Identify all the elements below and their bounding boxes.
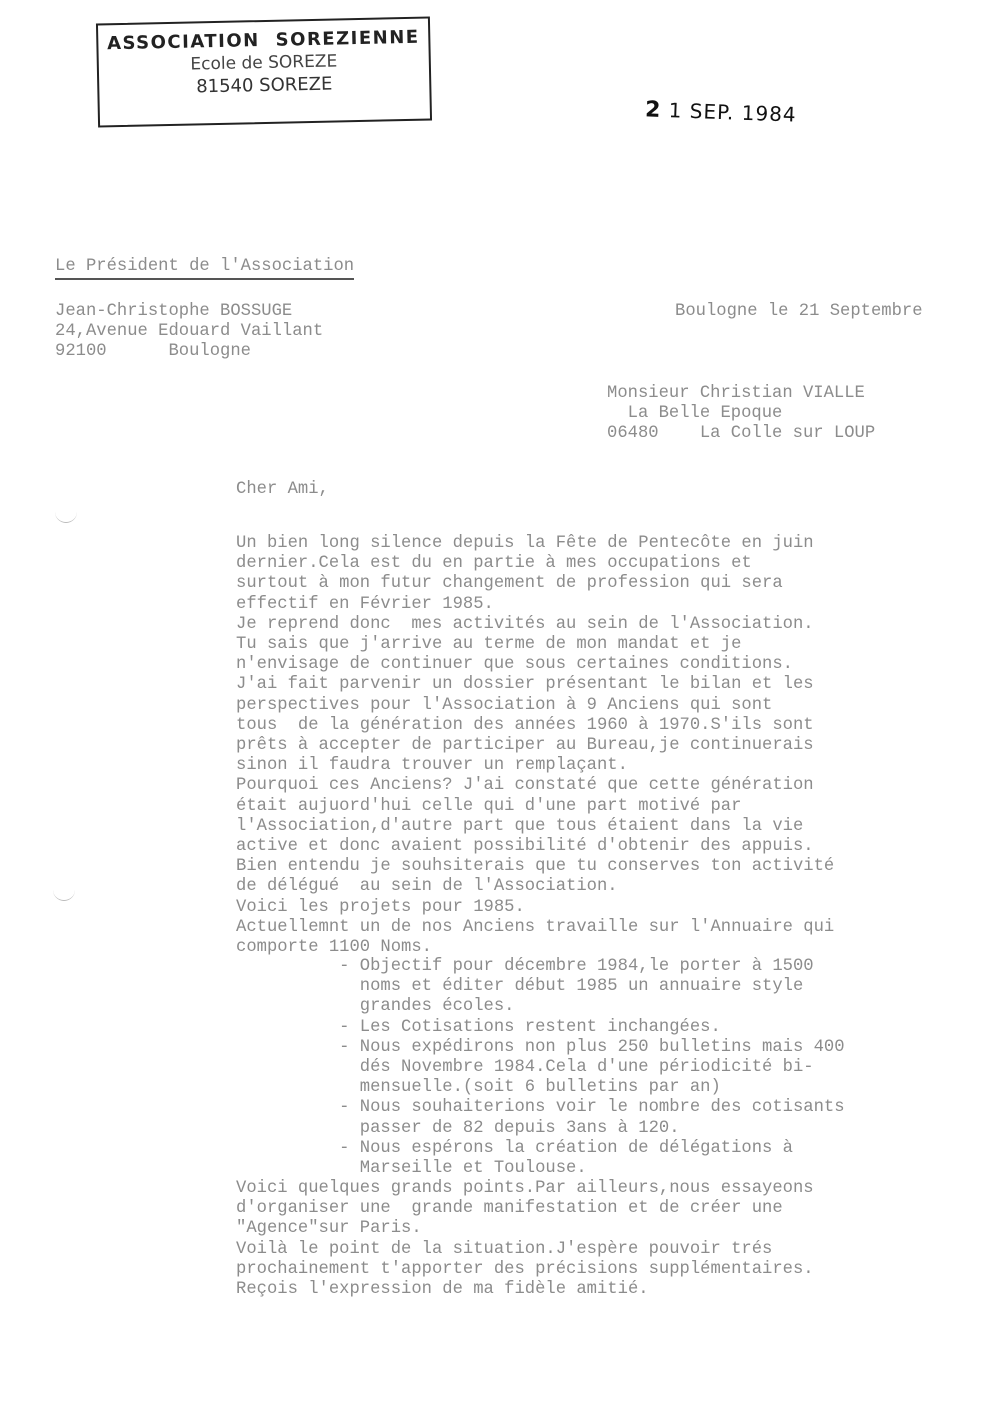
letter-closing: Voici quelques grands points.Par ailleur…	[236, 1179, 814, 1300]
stamp-association: ASSOCIATION	[107, 30, 260, 54]
recipient-address: Monsieur Christian VIALLE La Belle Epoqu…	[607, 384, 875, 445]
received-date-rest: 1 SEP. 1984	[668, 98, 797, 126]
sender-line: 92100 Boulogne	[55, 342, 323, 362]
closing-line: Voilà le point de la situation.J'espère …	[236, 1240, 814, 1260]
body-line: de délégué au sein de l'Association.	[236, 877, 834, 897]
body-line: active et donc avaient possibilité d'obt…	[236, 837, 834, 857]
project-list-line: - Nous espérons la création de délégatio…	[236, 1139, 845, 1159]
body-line: effectif en Février 1985.	[236, 595, 834, 615]
letterhead-title: Le Président de l'Association	[55, 257, 354, 280]
closing-line: Voici quelques grands points.Par ailleur…	[236, 1179, 814, 1199]
body-line: Voici les projets pour 1985.	[236, 898, 834, 918]
project-list-line: mensuelle.(soit 6 bulletins par an)	[236, 1078, 845, 1098]
body-line: perspectives pour l'Association à 9 Anci…	[236, 696, 834, 716]
punch-hole-mark	[53, 888, 75, 901]
letter-body: Un bien long silence depuis la Fête de P…	[236, 534, 834, 958]
project-list: - Objectif pour décembre 1984,le porter …	[236, 957, 845, 1179]
recipient-line: Monsieur Christian VIALLE	[607, 384, 875, 404]
body-line: comporte 1100 Noms.	[236, 938, 834, 958]
body-line: était aujuord'hui celle qui d'une part m…	[236, 797, 834, 817]
body-line: J'ai fait parvenir un dossier présentant…	[236, 675, 834, 695]
project-list-line: passer de 82 depuis 3ans à 120.	[236, 1119, 845, 1139]
association-stamp: ASSOCIATIONSOREZIENNE Ecole de SOREZE 81…	[96, 17, 432, 128]
body-line: l'Association,d'autre part que tous étai…	[236, 817, 834, 837]
place-date: Boulogne le 21 Septembre	[675, 302, 923, 322]
body-line: prêts à accepter de participer au Bureau…	[236, 736, 834, 756]
punch-hole-mark	[55, 510, 77, 523]
project-list-line: grandes écoles.	[236, 997, 845, 1017]
sender-line: Jean-Christophe BOSSUGE	[55, 302, 323, 322]
body-line: sinon il faudra trouver un remplaçant.	[236, 756, 834, 776]
closing-line: "Agence"sur Paris.	[236, 1219, 814, 1239]
greeting: Cher Ami,	[236, 480, 329, 500]
closing-line: Reçois l'expression de ma fidèle amitié.	[236, 1280, 814, 1300]
closing-line: d'organiser une grande manifestation et …	[236, 1199, 814, 1219]
body-line: Pourquoi ces Anciens? J'ai constaté que …	[236, 776, 834, 796]
project-list-line: noms et éditer début 1985 un annuaire st…	[236, 977, 845, 997]
project-list-line: dés Novembre 1984.Cela d'une périodicité…	[236, 1058, 845, 1078]
recipient-line: 06480 La Colle sur LOUP	[607, 424, 875, 444]
stamp-line-3: 81540 SOREZE	[99, 72, 429, 100]
body-line: Un bien long silence depuis la Fête de P…	[236, 534, 834, 554]
body-line: Je reprend donc mes activités au sein de…	[236, 615, 834, 635]
body-line: Tu sais que j'arrive au terme de mon man…	[236, 635, 834, 655]
sender-address: Jean-Christophe BOSSUGE24,Avenue Edouard…	[55, 302, 323, 363]
project-list-line: - Nous expédirons non plus 250 bulletins…	[236, 1038, 845, 1058]
received-date-stamp: 2 1 SEP. 1984	[645, 97, 797, 127]
project-list-line: - Nous souhaiterions voir le nombre des …	[236, 1098, 845, 1118]
project-list-line: - Les Cotisations restent inchangées.	[236, 1018, 845, 1038]
project-list-line: - Objectif pour décembre 1984,le porter …	[236, 957, 845, 977]
body-line: dernier.Cela est du en partie à mes occu…	[236, 554, 834, 574]
received-day: 2	[645, 97, 662, 123]
body-line: Actuellemnt un de nos Anciens travaille …	[236, 918, 834, 938]
recipient-line: La Belle Epoque	[607, 404, 875, 424]
closing-line: prochainement t'apporter des précisions …	[236, 1260, 814, 1280]
stamp-sorezienne: SOREZIENNE	[275, 27, 419, 51]
body-line: n'envisage de continuer que sous certain…	[236, 655, 834, 675]
project-list-line: Marseille et Toulouse.	[236, 1159, 845, 1179]
sender-line: 24,Avenue Edouard Vaillant	[55, 322, 323, 342]
body-line: surtout à mon futur changement de profes…	[236, 574, 834, 594]
body-line: Bien entendu je souhsiterais que tu cons…	[236, 857, 834, 877]
body-line: tous de la génération des années 1960 à …	[236, 716, 834, 736]
